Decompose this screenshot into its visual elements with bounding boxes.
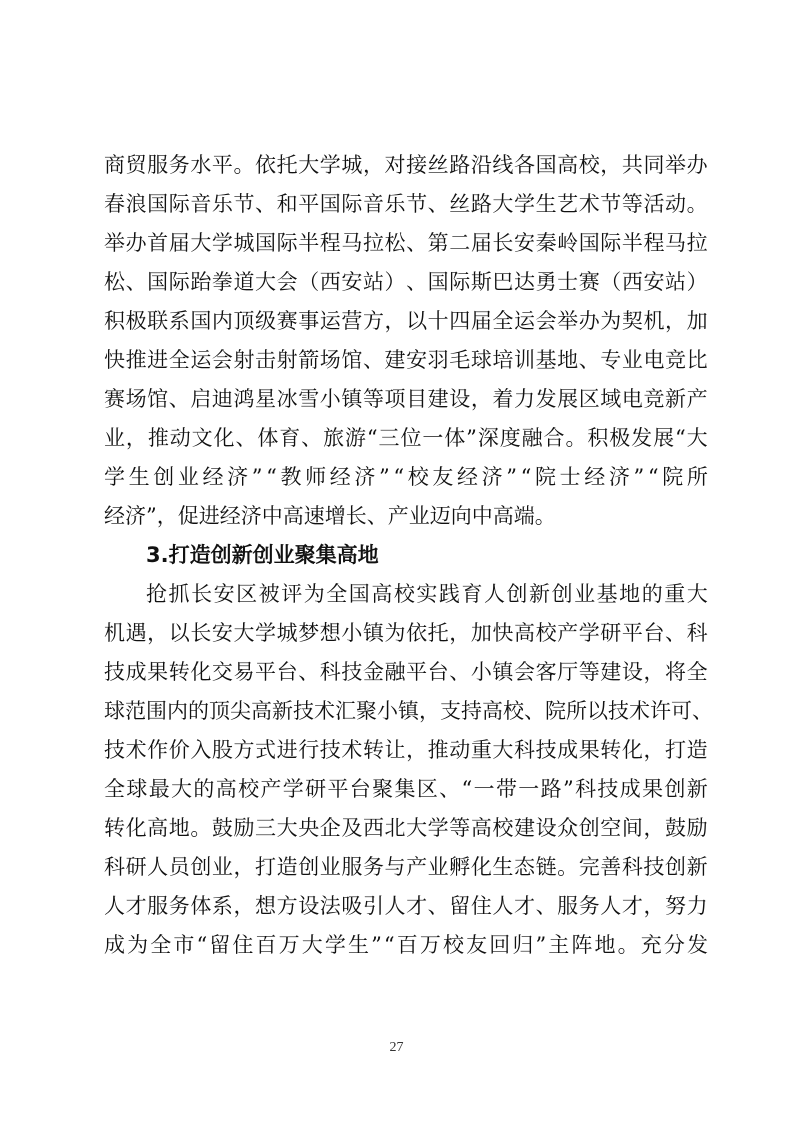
paragraph-line: 赛场馆、启迪鸿星冰雪小镇等项目建设，着力发展区域电竞新产 [104, 380, 708, 419]
paragraph-line: 学生创业经济”“教师经济”“校友经济”“院士经济”“院所 [104, 458, 708, 497]
body-text: 商贸服务水平。依托大学城，对接丝路沿线各国高校，共同举办 春浪国际音乐节、和平国… [104, 146, 708, 965]
paragraph-line: 商贸服务水平。依托大学城，对接丝路沿线各国高校，共同举办 [104, 146, 708, 185]
paragraph-line: 抢抓长安区被评为全国高校实践育人创新创业基地的重大 [104, 575, 708, 614]
section-heading: 3.打造创新创业聚集高地 [104, 536, 708, 575]
paragraph-line: 人才服务体系，想方设法吸引人才、留住人才、服务人才，努力 [104, 887, 708, 926]
page-number: 27 [0, 1040, 793, 1056]
paragraph-line: 技成果转化交易平台、科技金融平台、小镇会客厅等建设，将全 [104, 653, 708, 692]
paragraph-line: 成为全市“留住百万大学生”“百万校友回归”主阵地。充分发 [104, 926, 708, 965]
paragraph-line: 全球最大的高校产学研平台聚集区、“一带一路”科技成果创新 [104, 770, 708, 809]
paragraph-line: 业，推动文化、体育、旅游“三位一体”深度融合。积极发展“大 [104, 419, 708, 458]
paragraph-line: 经济”，促进经济中高速增长、产业迈向中高端。 [104, 497, 708, 536]
document-page: 商贸服务水平。依托大学城，对接丝路沿线各国高校，共同举办 春浪国际音乐节、和平国… [0, 0, 793, 1122]
paragraph-line: 球范围内的顶尖高新技术汇聚小镇，支持高校、院所以技术许可、 [104, 692, 708, 731]
paragraph-line: 科研人员创业，打造创业服务与产业孵化生态链。完善科技创新 [104, 848, 708, 887]
paragraph-line: 举办首届大学城国际半程马拉松、第二届长安秦岭国际半程马拉 [104, 224, 708, 263]
paragraph-line: 春浪国际音乐节、和平国际音乐节、丝路大学生艺术节等活动。 [104, 185, 708, 224]
paragraph-line: 快推进全运会射击射箭场馆、建安羽毛球培训基地、专业电竞比 [104, 341, 708, 380]
paragraph-line: 技术作价入股方式进行技术转让，推动重大科技成果转化，打造 [104, 731, 708, 770]
paragraph-line: 机遇，以长安大学城梦想小镇为依托，加快高校产学研平台、科 [104, 614, 708, 653]
paragraph-line: 松、国际跆拳道大会（西安站）、国际斯巴达勇士赛（西安站） [104, 263, 708, 302]
paragraph-line: 转化高地。鼓励三大央企及西北大学等高校建设众创空间，鼓励 [104, 809, 708, 848]
paragraph-line: 积极联系国内顶级赛事运营方，以十四届全运会举办为契机，加 [104, 302, 708, 341]
